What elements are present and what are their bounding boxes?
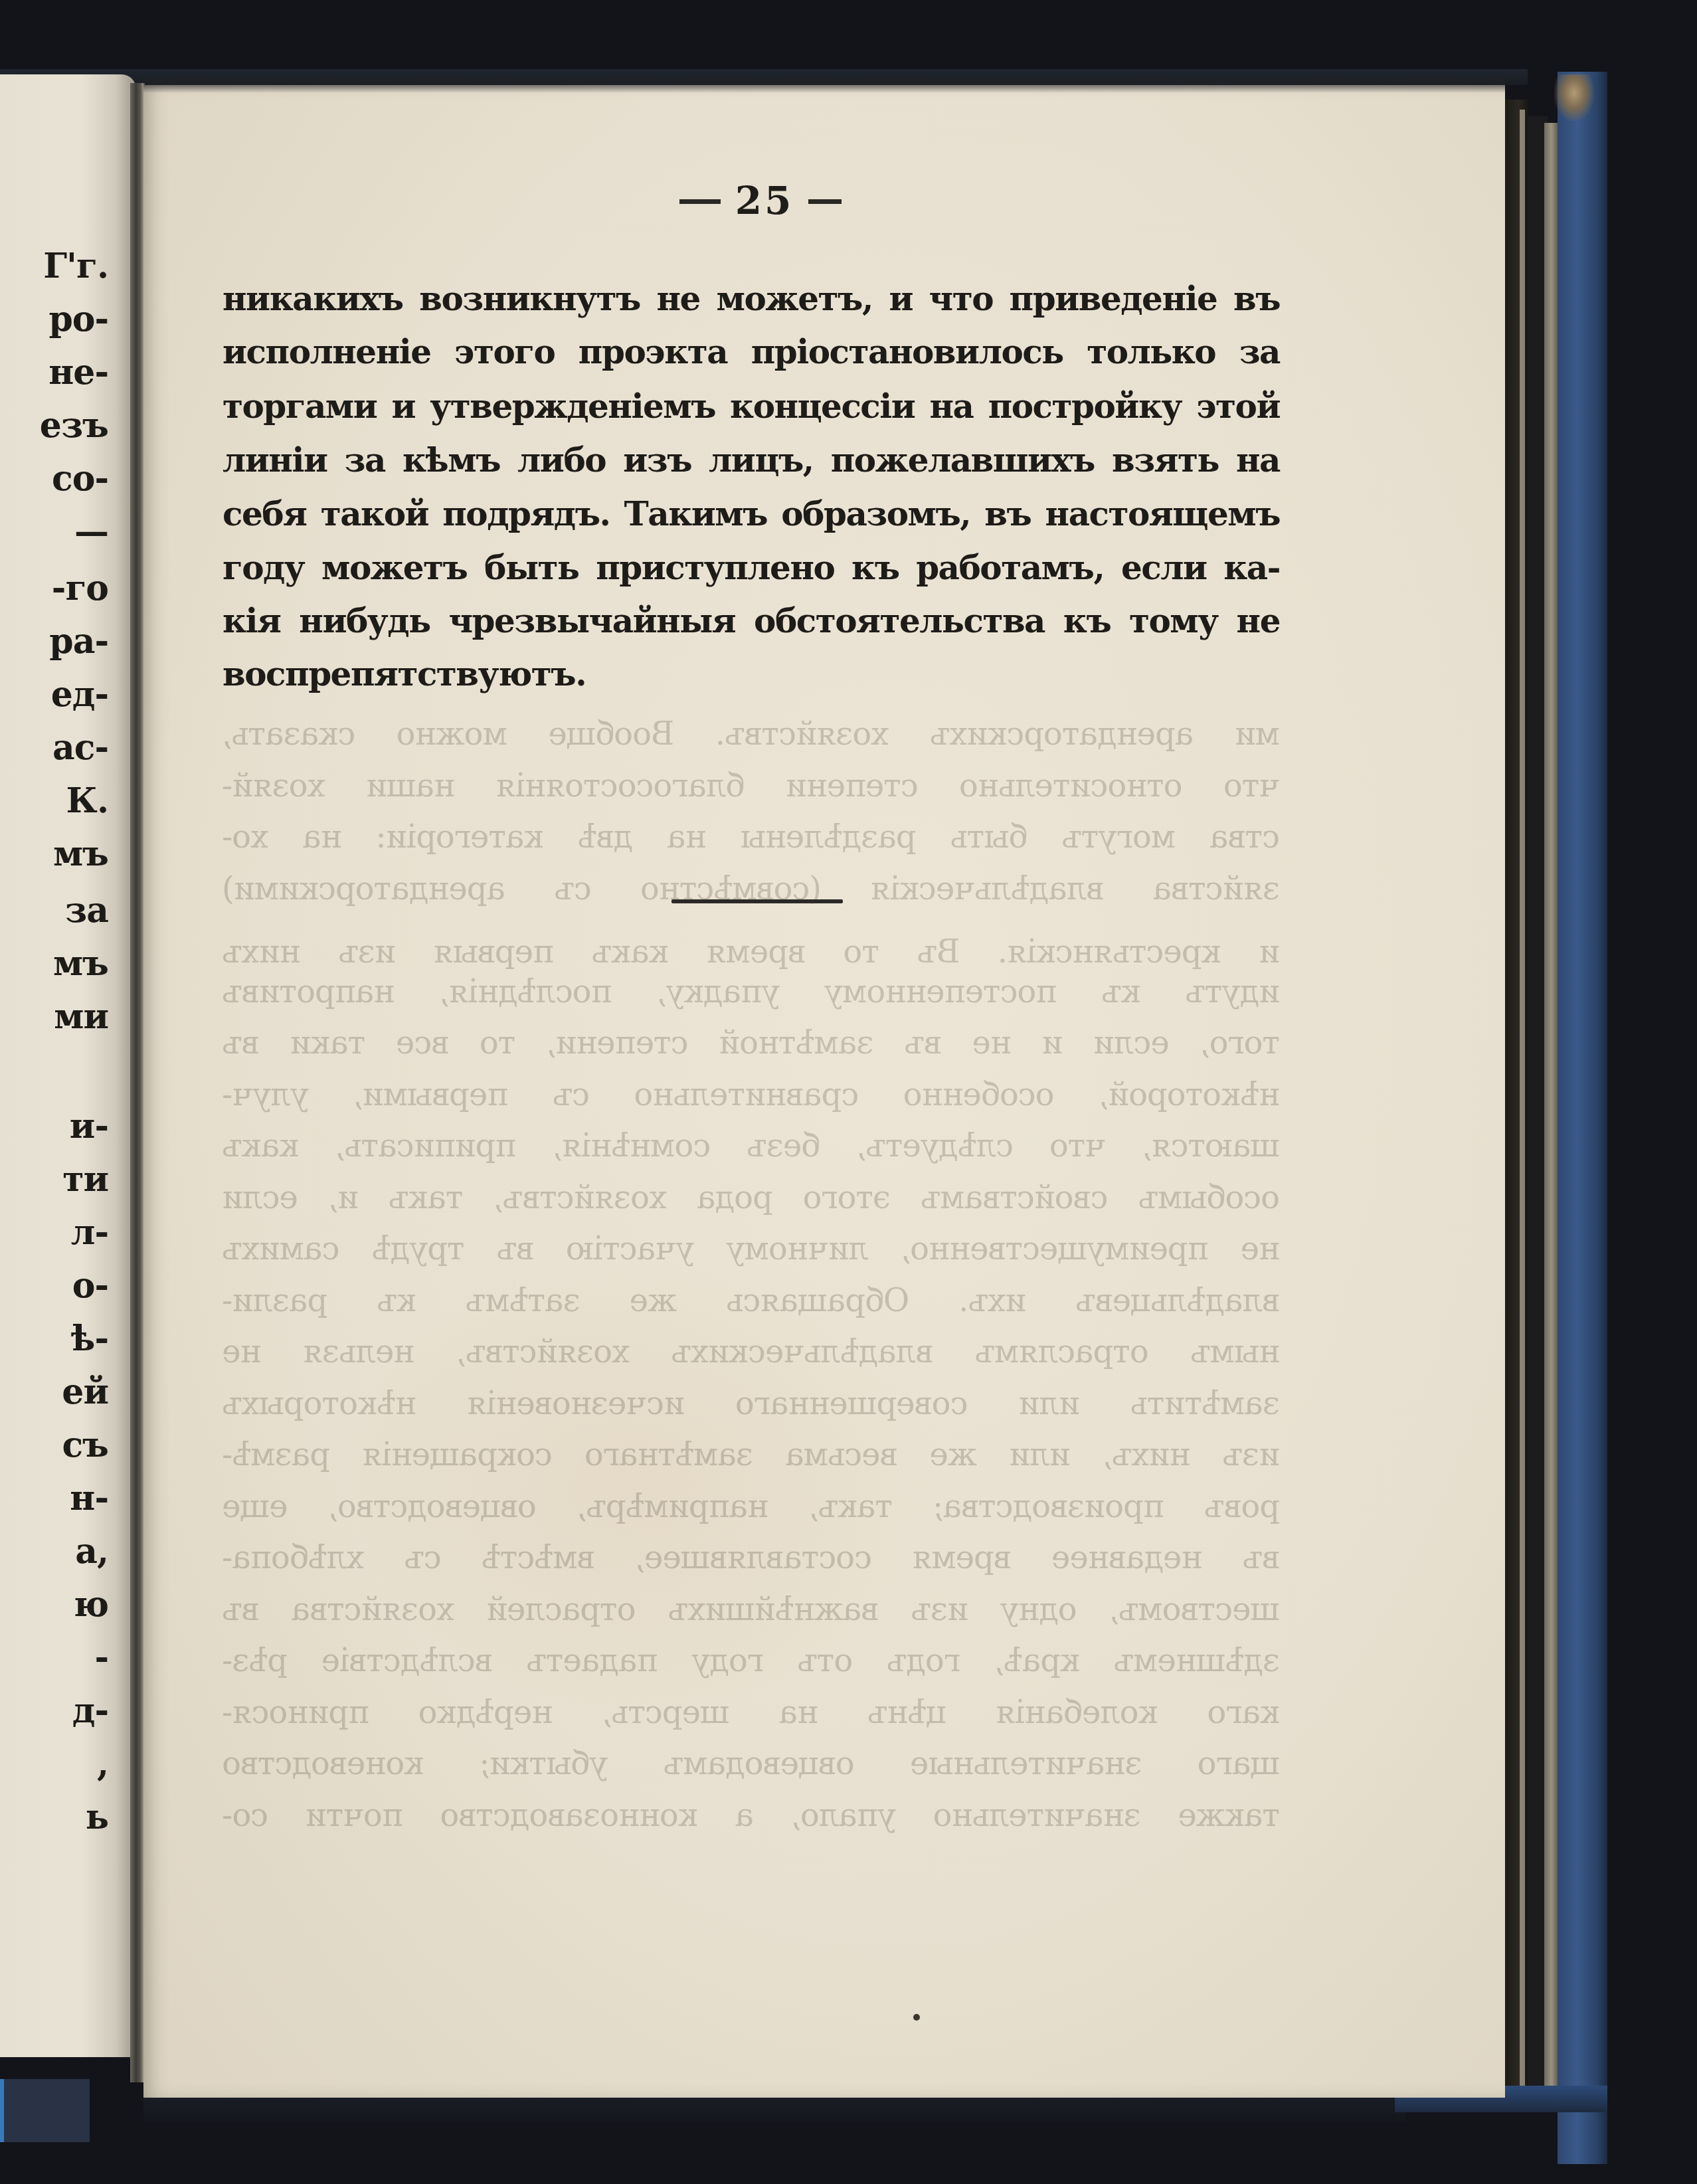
show-through-line: шаются, что слѣдуетъ, безъ сомнѣнія, при… (223, 1126, 1280, 1166)
page-number: 25 (651, 178, 870, 223)
show-through-line: ства могутъ быть раздѣлены на двѣ катего… (223, 817, 1280, 857)
left-page-fragment: езъ (40, 405, 108, 446)
left-page-fragment: ти (62, 1159, 108, 1200)
left-page-fragment: со- (52, 458, 108, 499)
text-line: исполненіе этого проэкта пріостановилось… (223, 332, 1280, 372)
show-through-line: что относительно степени благосостоянія … (223, 766, 1280, 806)
show-through-line: идутъ къ постепенному упадку, послѣднія,… (223, 972, 1280, 1012)
left-page-fragment: мъ (53, 834, 108, 874)
show-through-line: шествомъ, одну изъ важнѣйшихъ отраслей х… (223, 1590, 1280, 1629)
book-gutter (130, 83, 145, 2082)
left-page-fragment: ед- (51, 674, 108, 715)
text-line: линіи за кѣмъ либо изъ лицъ, пожелавшихъ… (223, 440, 1280, 480)
left-page-fragment: , (97, 1744, 108, 1784)
show-through-line: каго колебанія цѣнъ на шерсть, нерѣдко п… (223, 1692, 1280, 1732)
show-through-line: здѣшнемъ краѣ, годъ отъ году падаетъ всл… (223, 1641, 1280, 1681)
left-page-fragment: мъ (53, 943, 108, 984)
show-through-line: особымъ свойствамъ этого рода хозяйствъ,… (223, 1178, 1280, 1218)
left-page-fragment: ми (54, 996, 108, 1037)
left-page-fragment: и- (70, 1106, 108, 1146)
show-through-line: нѣкоторой, особенно сравнительно съ перв… (223, 1075, 1280, 1115)
page-number-value: 25 (735, 178, 794, 223)
show-through-line: ровъ производства; такъ, напримѣръ, овце… (223, 1487, 1280, 1526)
show-through-line: нымъ отраслямъ владѣльческихъ хозяйствъ,… (223, 1332, 1280, 1372)
left-page-fragment: Г'г. (43, 246, 108, 286)
left-page: Г'г.ро-не-езъсо-—-гора-ед-ас-К.мъзамъмии… (0, 74, 136, 2057)
cover-frayed-corner (1554, 74, 1594, 121)
show-through-line: ми арендаторскихъ хозяйствъ. Вообще можн… (223, 714, 1280, 754)
left-page-fragment: не- (48, 352, 108, 393)
left-page-fragment: ас- (52, 727, 108, 768)
show-through-line: того, если и не въ замѣтной степени, то … (223, 1023, 1280, 1063)
show-through-line: владѣльцевъ ихъ. Обращаясь же затѣмъ къ … (223, 1281, 1280, 1320)
left-page-fragment: ей (62, 1372, 108, 1412)
left-cover-corner (0, 2079, 90, 2142)
left-page-fragment: ра- (49, 621, 108, 662)
left-page-fragment: ь (86, 1797, 108, 1837)
page-block-sheet-outer (1544, 123, 1559, 2102)
left-page-fragment: — (74, 511, 108, 552)
text-line: торгами и утвержденіемъ концессіи на пос… (223, 387, 1280, 426)
section-divider-rule (671, 899, 843, 903)
show-through-line: въ недавнее время составлявшее, вмѣстѣ с… (223, 1538, 1280, 1578)
show-through-line: изъ нихъ, или же весьма замѣтнаго сокращ… (223, 1435, 1280, 1475)
left-page-fragment: -го (52, 568, 108, 608)
left-page-fragment: ю (74, 1584, 108, 1625)
left-page-fragment: - (94, 1637, 108, 1678)
left-page-fragment: съ (62, 1425, 108, 1465)
left-cover-edge (0, 2079, 4, 2142)
blue-book-cover (1558, 72, 1607, 2164)
show-through-line: и крестьянскія. Въ то время какъ первыя … (223, 932, 1280, 972)
show-through-line: не преимущественно, личному участію въ т… (223, 1229, 1280, 1269)
dash-left (679, 199, 721, 204)
left-page-fragment: д- (72, 1690, 108, 1731)
show-through-line: также значительно упало, а коннозаводств… (223, 1795, 1280, 1835)
page-block-edge (1502, 100, 1529, 2096)
text-line: себя такой подрядъ. Такимъ образомъ, въ … (223, 494, 1280, 534)
paper-speck (913, 2014, 920, 2021)
left-page-fragment: о- (72, 1265, 108, 1306)
left-page-fragment: ѣ- (71, 1319, 108, 1359)
page-top-shadow (143, 78, 1505, 93)
show-through-line: щаго значительные овцеводамъ убытки; кон… (223, 1744, 1280, 1783)
left-page-fragment: л- (71, 1212, 108, 1253)
show-through-line: замѣтить или совершеннаго исчезновенія н… (223, 1384, 1280, 1423)
text-line: году можетъ быть приступлено къ работамъ… (223, 548, 1280, 588)
left-page-fragment: К. (66, 780, 108, 821)
text-line: воспрепятствуютъ. (223, 654, 1280, 694)
left-page-fragment: ро- (48, 299, 108, 339)
text-line: никакихъ возникнутъ не можетъ, и что при… (223, 279, 1280, 319)
text-line: кія нибудь чрезвычайныя обстоятельства к… (223, 601, 1280, 641)
left-page-fragment: а, (75, 1531, 108, 1572)
dash-right (808, 199, 842, 204)
page-block-sheet (1520, 110, 1525, 2096)
left-page-fragment: н- (70, 1478, 108, 1518)
left-page-fragment: за (65, 890, 108, 931)
